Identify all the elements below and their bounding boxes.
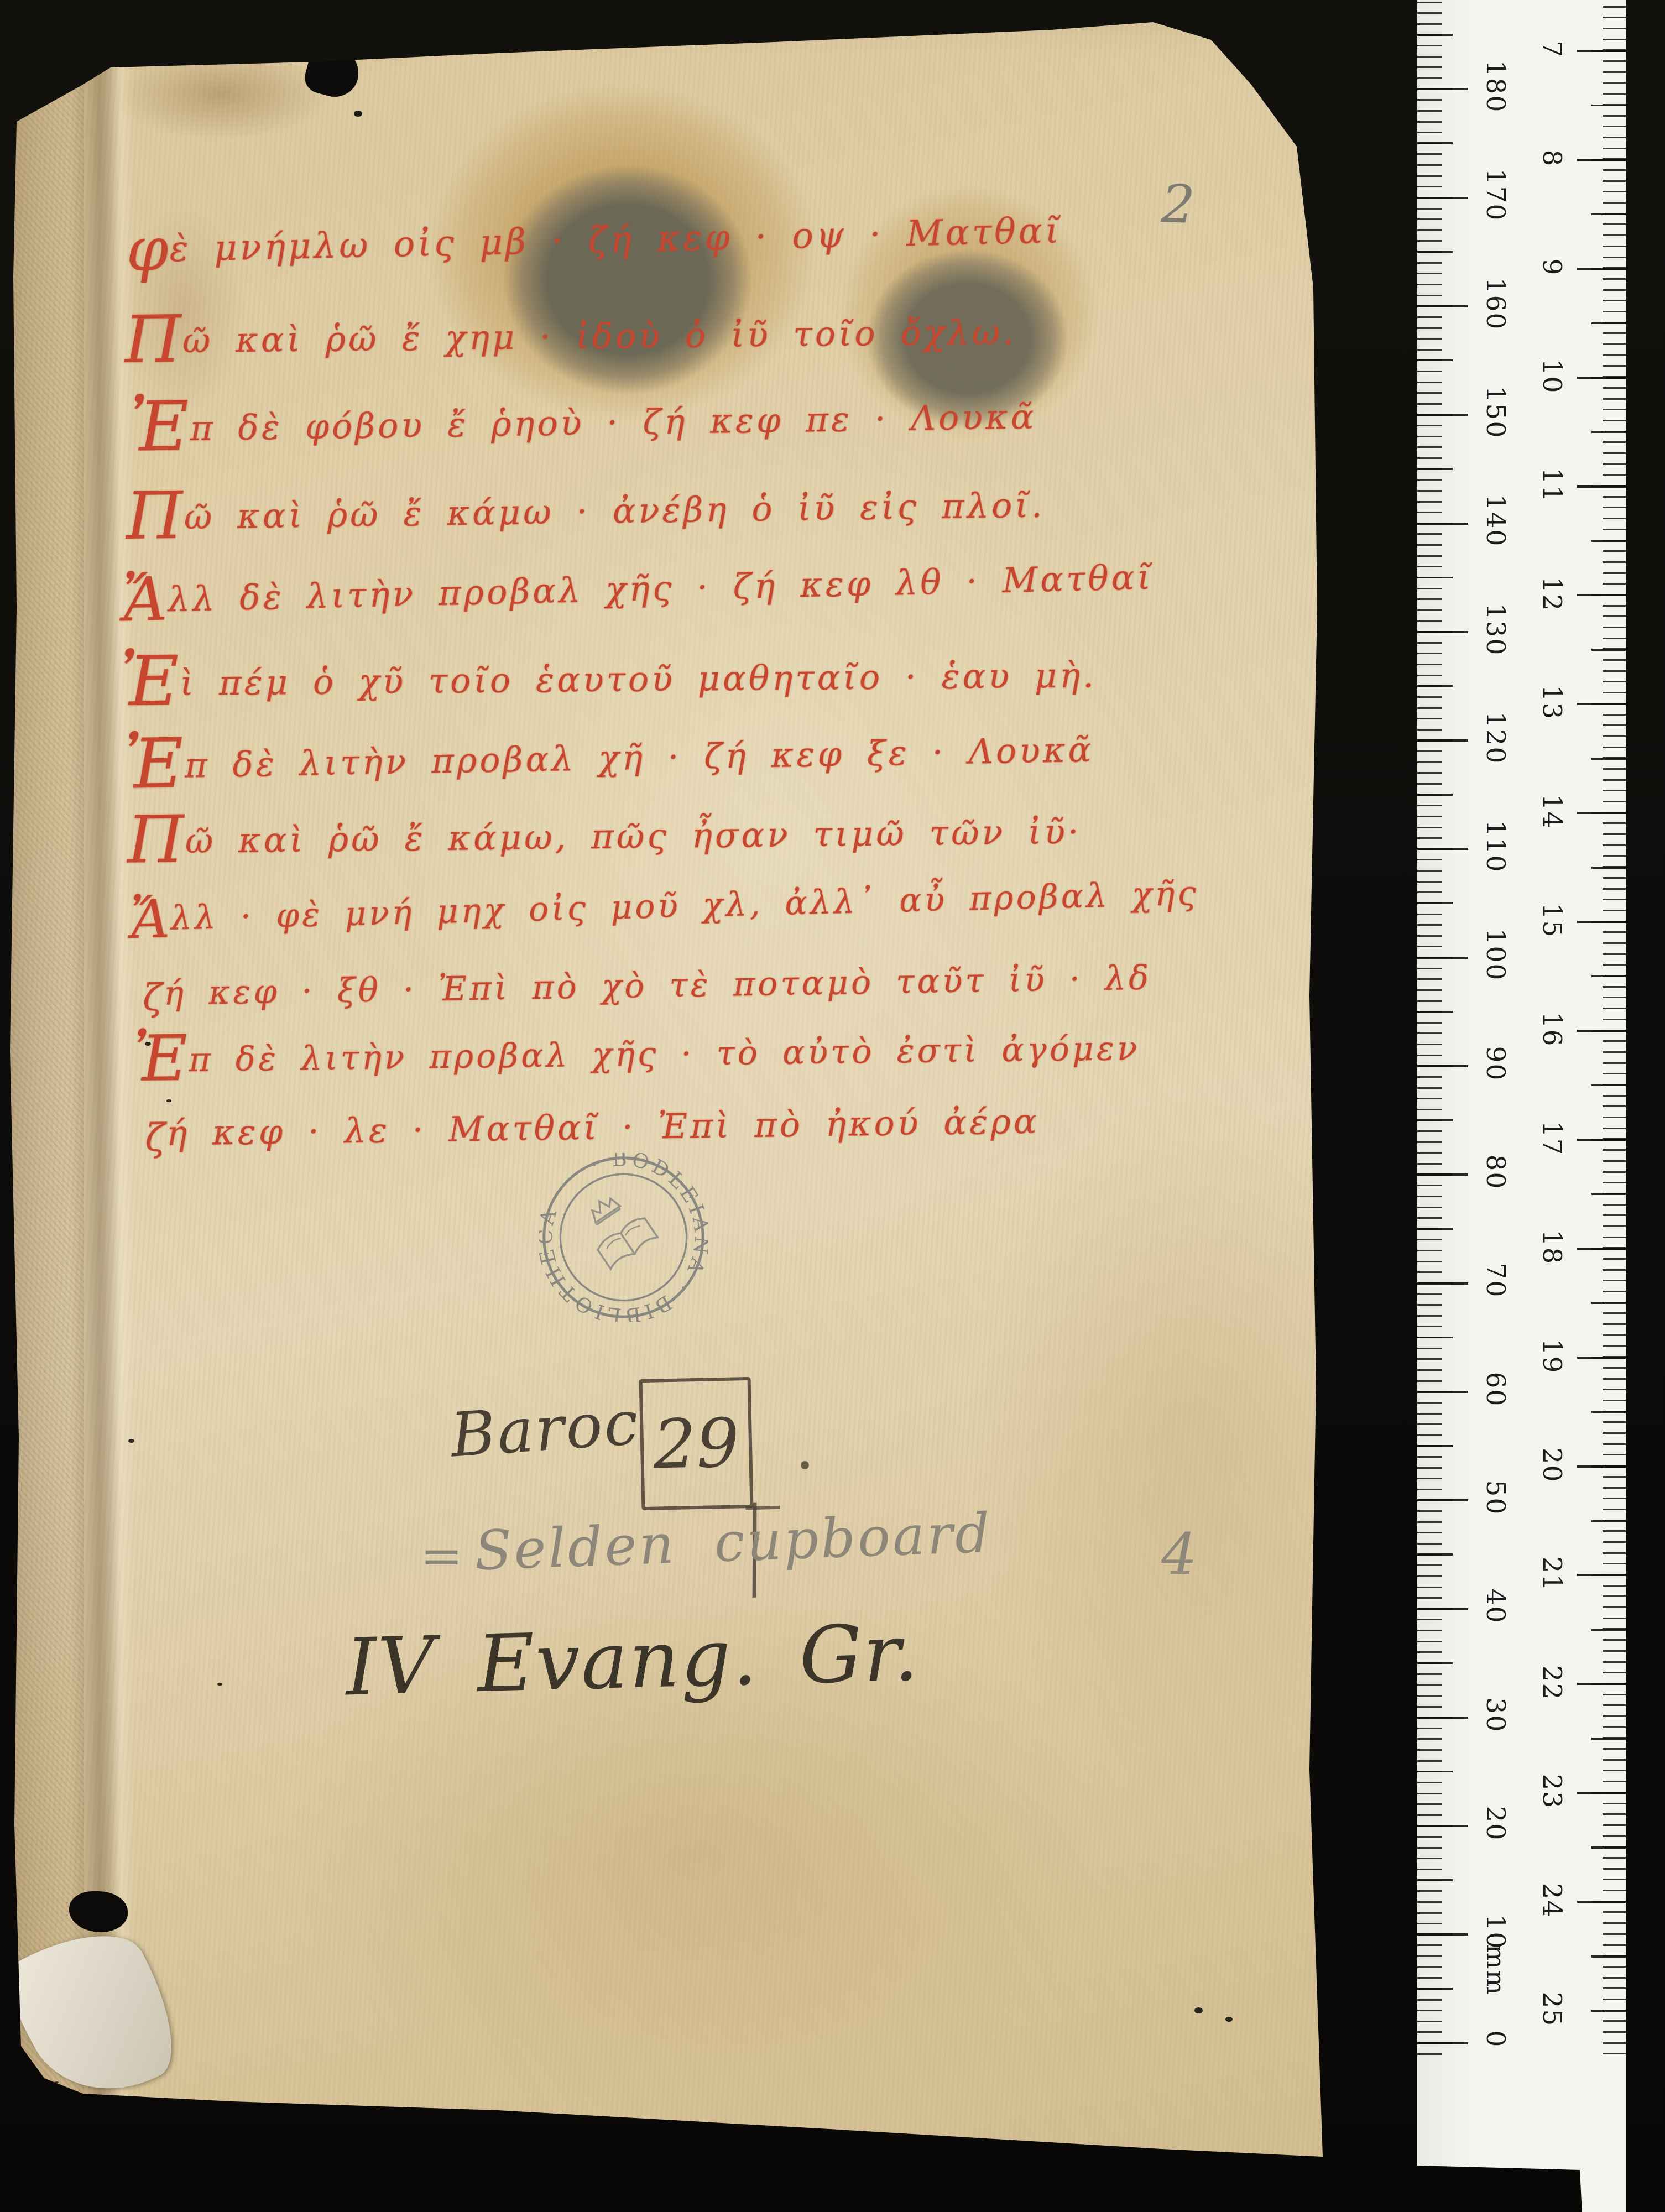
shelfmark-number-box: 29 — [639, 1377, 754, 1510]
photo-scene: φὲ μνήμλω οἰς μβ · ζή κεφ · οψ · ΜατθαῖΠ… — [0, 0, 1665, 2212]
ruler-mm-label: 100 — [1480, 922, 1511, 988]
ruler-cm-label: 12 — [1537, 561, 1567, 627]
pencil-equals-sign: = — [420, 1526, 463, 1585]
ruler-cm-label: 15 — [1537, 888, 1567, 954]
ruler-cm-label: 17 — [1537, 1105, 1567, 1172]
rubric-text: ῶ καὶ ῥῶ ἔ κάμω · ἀνέβη ὁ ἰῦ εἰς πλοῖ. — [184, 484, 1045, 537]
ruler-mm-label: 90 — [1480, 1030, 1511, 1097]
ruler-cm-label: 25 — [1537, 1976, 1567, 2043]
rubric-line: Πῶ καὶ ῥῶ ἔ κάμω, πῶς ἦσαν τιμῶ τῶν ἰῦ· — [127, 811, 1082, 862]
rubric-text: ὲ μνήμλω οἰς μβ · ζή κεφ · οψ · Ματθαῖ — [169, 210, 1062, 270]
ruler-mm-label: 120 — [1480, 705, 1511, 771]
rubric-initial: Ἐ — [133, 1021, 189, 1095]
ruler-mm-label: 110 — [1480, 813, 1511, 880]
pencil-selden-note: Selden cupboard — [473, 1502, 993, 1583]
ruler: 1801701601501401301201101009080706050403… — [1417, 0, 1626, 2212]
rubric-line: Ἐπ δὲ φόβου ἔ ῥηοὺ · ζή κεφ πε · Λουκᾶ — [131, 397, 1037, 450]
ruler-mm-label: 30 — [1480, 1682, 1511, 1748]
bodleian-library-stamp: · BODLEIANA · BIBLIOTHECA — [539, 1153, 708, 1322]
ruler-cm-label: 14 — [1537, 779, 1567, 845]
crown-icon — [587, 1193, 620, 1222]
rubric-initial: Ἐ — [130, 387, 191, 467]
ruler-mm-label: 170 — [1480, 162, 1511, 228]
rubric-initial: φ — [126, 213, 170, 285]
parchment-hole — [69, 1891, 128, 1932]
ruler-cm-label: 16 — [1537, 997, 1567, 1063]
stamp-crown-and-book — [576, 1186, 658, 1270]
shelfmark-number: 29 — [653, 1404, 740, 1484]
rubric-initial: ζ — [145, 1116, 167, 1160]
manuscript-page: φὲ μνήμλω οἰς μβ · ζή κεφ · οψ · ΜατθαῖΠ… — [0, 0, 1417, 2212]
ink-specks — [1194, 2007, 1203, 2013]
rubric-text: ὶ πέμ ὁ χῦ τοῖο ἑαυτοῦ μαθηταῖο · ἑαυ μὴ… — [180, 655, 1097, 703]
rubric-text: λλ · φὲ μνή μηχ οἰς μοῦ χλ, ἀλλ᾽ αὖ προβ… — [170, 874, 1199, 937]
ruler-mm-unit-label: mm — [1480, 1937, 1511, 2004]
rubric-line: Ἄλλ · φὲ μνή μηχ οἰς μοῦ χλ, ἀλλ᾽ αὖ προ… — [130, 874, 1199, 938]
rubric-line: Πῶ καὶ ῥῶ ἔ χημ · ἰδοὺ ὁ ἰῦ τοῖο ὄχλω. — [124, 312, 1017, 362]
ruler-mm-label: 40 — [1480, 1573, 1511, 1640]
ruler-cm-label: 20 — [1537, 1432, 1567, 1498]
binding-stub — [0, 83, 84, 2096]
ruler-mm-label: 20 — [1480, 1790, 1511, 1856]
top-edge-tear — [301, 40, 364, 102]
rubric-text: λλ δὲ λιτὴν προβαλ χῆς · ζή κεφ λθ · Ματ… — [168, 557, 1154, 619]
rubric-text: π δὲ λιτὴν προβαλ χῆς · τὸ αὐτὸ ἐστὶ ἀγό… — [189, 1029, 1140, 1079]
rubric-line: Πῶ καὶ ῥῶ ἔ κάμω · ἀνέβη ὁ ἰῦ εἰς πλοῖ. — [126, 484, 1045, 538]
ruler-mm-label: 50 — [1480, 1464, 1511, 1531]
rubric-text: ή κεφ · λε · Ματθαῖ · Ἐπὶ πὸ ἠκού ἀέρα — [166, 1101, 1040, 1154]
rubric-initial: Ἄ — [130, 888, 171, 951]
rubric-line: φὲ μνήμλω οἰς μβ · ζή κεφ · οψ · Ματθαῖ — [126, 210, 1062, 270]
ruler-cm-label: 8 — [1537, 125, 1567, 191]
ruler-cm-label: 24 — [1537, 1867, 1567, 1934]
rubric-initial: ζ — [143, 976, 164, 1019]
ruler-mm-label: 140 — [1480, 488, 1511, 554]
ruler-mm-label: 160 — [1480, 270, 1511, 337]
ruler-mm-label: 80 — [1480, 1139, 1511, 1206]
rubric-initial: Ἐ — [120, 641, 180, 722]
rubric-initial: Ἄ — [122, 564, 169, 635]
ruler-cm-label: 7 — [1537, 17, 1567, 83]
ruler-mm-label: 150 — [1480, 379, 1511, 445]
ruler-cm-label: 19 — [1537, 1323, 1567, 1389]
rubric-initial: Π — [126, 478, 185, 554]
rubric-initial: Π — [124, 301, 182, 378]
ruler-mm-label: 130 — [1480, 596, 1511, 662]
rubric-text: ῶ καὶ ῥῶ ἔ κάμω, πῶς ἦσαν τιμῶ τῶν ἰῦ· — [185, 811, 1082, 861]
rubric-line: Ἄλλ δὲ λιτὴν προβαλ χῆς · ζή κεφ λθ · Μα… — [122, 557, 1154, 620]
torn-repair-patch — [0, 1908, 197, 2121]
ruler-mm-label: 180 — [1480, 54, 1511, 120]
ruler-cm-label: 10 — [1537, 343, 1567, 409]
rubric-text: ῶ καὶ ῥῶ ἔ χημ · ἰδοὺ ὁ ἰῦ τοῖο ὄχλω. — [182, 312, 1016, 361]
shelfmark-period — [801, 1461, 809, 1469]
ruler-cm-label: 18 — [1537, 1214, 1567, 1280]
title-note-evang-gr: IV Evang. Gr. — [345, 1607, 921, 1713]
rubric-initial: Ἐ — [124, 724, 185, 805]
rubric-line: ζή κεφ · λε · Ματθαῖ · Ἐπὶ πὸ ἠκού ἀέρα — [145, 1101, 1040, 1154]
ruler-mm-label: 70 — [1480, 1248, 1511, 1314]
ruler-mm-label: 60 — [1480, 1356, 1511, 1422]
rubric-text: π δὲ λιτὴν προβαλ χῆ · ζή κεφ ξε · Λουκᾶ — [184, 729, 1094, 786]
ruler-cm-label: 13 — [1537, 670, 1567, 736]
ruler-mm-zero-label: 0 — [1480, 2006, 1511, 2073]
ruler-cm-label: 22 — [1537, 1650, 1567, 1716]
rubric-text: ή κεφ · ξθ · Ἐπὶ πὸ χὸ τὲ ποταμὸ ταῦτ ἰῦ… — [163, 959, 1151, 1013]
ruler-cm-label: 9 — [1537, 234, 1567, 300]
rubric-initial: Π — [127, 801, 185, 878]
rubric-line: Ἐπ δὲ λιτὴν προβαλ χῆς · τὸ αὐτὸ ἐστὶ ἀγ… — [134, 1029, 1140, 1080]
ruler-cm-ticks — [1417, 0, 1626, 2068]
rubric-text: π δὲ φόβου ἔ ῥηοὺ · ζή κεφ πε · Λουκᾶ — [190, 397, 1037, 448]
ruler-cm-label: 23 — [1537, 1759, 1567, 1825]
shelfmark-baroc: Baroc — [448, 1387, 642, 1471]
ruler-cm-label: 21 — [1537, 1541, 1567, 1607]
folio-number: 2 — [1160, 174, 1196, 236]
rubric-line: Ἐπ δὲ λιτὴν προβαλ χῆ · ζή κεφ ξε · Λουκ… — [124, 729, 1094, 787]
rubric-line: Ἐὶ πέμ ὁ χῦ τοῖο ἑαυτοῦ μαθηταῖο · ἑαυ μ… — [121, 655, 1097, 703]
rubric-line: ζή κεφ · ξθ · Ἐπὶ πὸ χὸ τὲ ποταμὸ ταῦτ ἰ… — [143, 959, 1152, 1014]
ruler-cm-label: 11 — [1537, 452, 1567, 518]
pencil-cupboard-number: 4 — [1161, 1522, 1197, 1588]
